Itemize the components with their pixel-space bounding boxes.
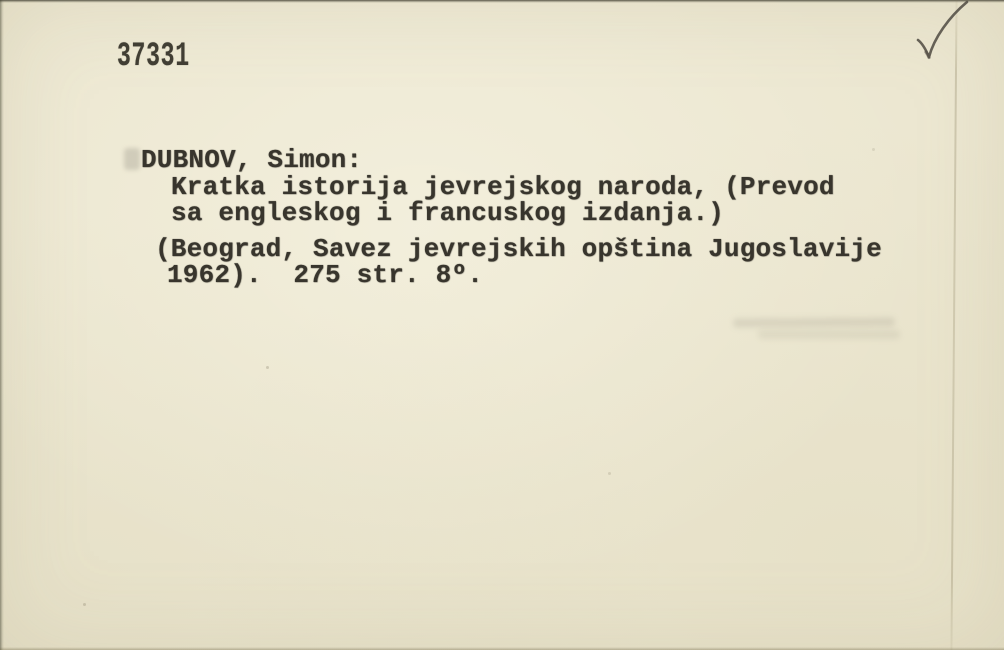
- catalog-card: 37331 DUBNOV, Simon: Kratka istorija jev…: [0, 0, 1004, 650]
- checkmark-icon: [896, 0, 978, 70]
- card-left-edge: [0, 0, 4, 650]
- card-top-edge: [0, 0, 1004, 3]
- title-line-1: Kratka istorija jevrejskog naroda, (Prev…: [171, 174, 835, 200]
- paper-speck: [266, 366, 269, 369]
- author-heading: DUBNOV, Simon:: [141, 147, 362, 173]
- title-line-2: sa engleskog i francuskog izdanja.): [171, 200, 724, 226]
- paper-speck: [608, 472, 611, 475]
- showthrough-smudge: [733, 317, 895, 327]
- paper-crease: [950, 0, 957, 650]
- paper-speck: [872, 148, 875, 151]
- imprint-line-2: 1962). 275 str. 8º.: [167, 262, 483, 288]
- ink-smudge: [124, 148, 140, 170]
- catalog-number: 37331: [117, 38, 190, 76]
- showthrough-smudge: [758, 330, 900, 339]
- paper-speck: [83, 603, 86, 606]
- imprint-line-1: (Beograd, Savez jevrejskih opština Jugos…: [155, 236, 882, 262]
